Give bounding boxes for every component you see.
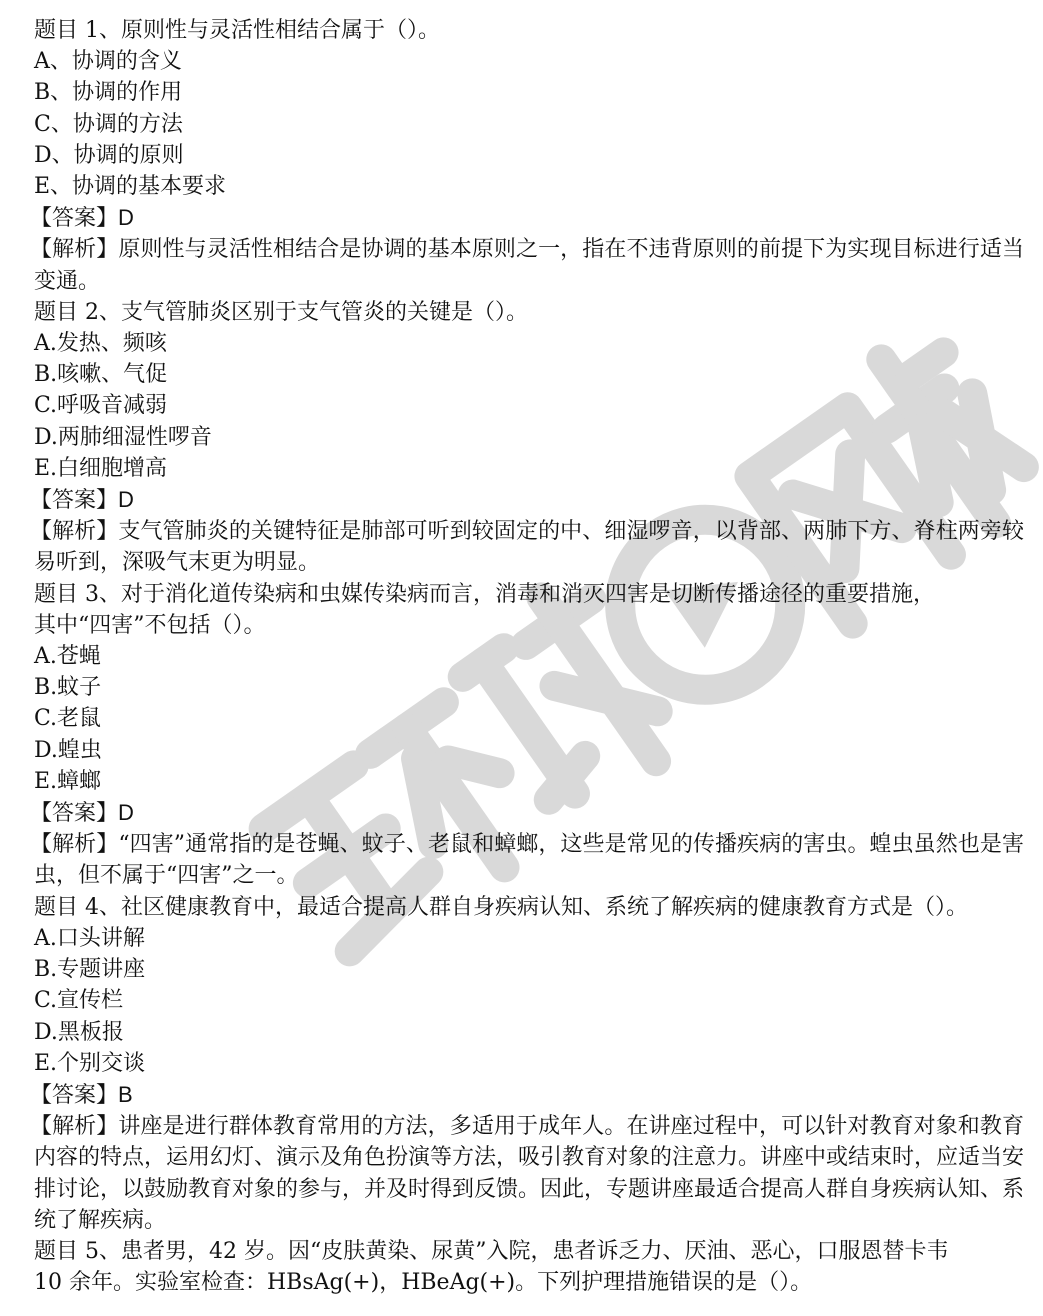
option-b: B、协调的作用 <box>34 77 1024 108</box>
option-b: B.专题讲座 <box>34 954 1024 985</box>
question-title-line-1: 题目 5、患者男，42 岁。因“皮肤黄染、尿黄”入院，患者诉乏力、厌油、恶心，口… <box>34 1236 1024 1267</box>
answer-value: D <box>118 205 134 230</box>
analysis-text: 支气管肺炎的关键特征是肺部可听到较固定的中、细湿啰音，以背部、两肺下方、脊柱两旁… <box>34 519 1024 575</box>
analysis-row: 【解析】讲座是进行群体教育常用的方法，多适用于成年人。在讲座过程中，可以针对教育… <box>34 1111 1024 1236</box>
option-e: E、协调的基本要求 <box>34 171 1024 202</box>
analysis-text: 原则性与灵活性相结合是协调的基本原则之一，指在不违背原则的前提下为实现目标进行适… <box>34 237 1024 293</box>
analysis-label: 【解析】 <box>30 1114 118 1139</box>
option-c: C.呼吸音减弱 <box>34 390 1024 421</box>
analysis-label: 【解析】 <box>30 519 118 544</box>
analysis-text: 讲座是进行群体教育常用的方法，多适用于成年人。在讲座过程中，可以针对教育对象和教… <box>34 1114 1024 1233</box>
question-title: 题目 2、支气管肺炎区别于支气管炎的关键是（）。 <box>34 297 1024 328</box>
option-b: B.咳嗽、气促 <box>34 359 1024 390</box>
answer-label: 【答案】 <box>30 1083 118 1108</box>
document-page: 题目 1、原则性与灵活性相结合属于（）。 A、协调的含义 B、协调的作用 C、协… <box>0 0 1043 1316</box>
option-a: A、协调的含义 <box>34 46 1024 77</box>
analysis-text: “四害”通常指的是苍蝇、蚊子、老鼠和蟑螂，这些是常见的传播疾病的害虫。蝗虫虽然也… <box>34 832 1024 888</box>
question-title-line-1: 题目 3、对于消化道传染病和虫媒传染病而言，消毒和消灭四害是切断传播途径的重要措… <box>34 579 1024 610</box>
option-a: A.发热、频咳 <box>34 328 1024 359</box>
answer-label: 【答案】 <box>30 801 118 826</box>
analysis-row: 【解析】支气管肺炎的关键特征是肺部可听到较固定的中、细湿啰音，以背部、两肺下方、… <box>34 516 1024 578</box>
question-2: 题目 2、支气管肺炎区别于支气管炎的关键是（）。 A.发热、频咳 B.咳嗽、气促… <box>34 297 1024 579</box>
answer-label: 【答案】 <box>30 488 118 513</box>
option-b: B.蚊子 <box>34 672 1024 703</box>
option-e: E.白细胞增高 <box>34 453 1024 484</box>
option-d: D、协调的原则 <box>34 140 1024 171</box>
answer-label: 【答案】 <box>30 206 118 231</box>
option-a: A.苍蝇 <box>34 641 1024 672</box>
question-title-line-2: 10 余年。实验室检查：HBsAg(+)，HBeAg(+)。下列护理措施错误的是… <box>34 1267 1024 1298</box>
question-title-line-2: 其中“四害”不包括（）。 <box>34 610 1024 641</box>
analysis-label: 【解析】 <box>30 832 118 857</box>
option-e: E.个别交谈 <box>34 1048 1024 1079</box>
answer-row: 【答案】B <box>34 1079 1024 1111</box>
question-list: 题目 1、原则性与灵活性相结合属于（）。 A、协调的含义 B、协调的作用 C、协… <box>34 15 1024 1298</box>
answer-value: B <box>118 1082 133 1107</box>
answer-row: 【答案】D <box>34 202 1024 234</box>
answer-row: 【答案】D <box>34 484 1024 516</box>
option-d: D.蝗虫 <box>34 735 1024 766</box>
question-title: 题目 1、原则性与灵活性相结合属于（）。 <box>34 15 1024 46</box>
option-c: C.宣传栏 <box>34 985 1024 1016</box>
question-3: 题目 3、对于消化道传染病和虫媒传染病而言，消毒和消灭四害是切断传播途径的重要措… <box>34 579 1024 892</box>
question-1: 题目 1、原则性与灵活性相结合属于（）。 A、协调的含义 B、协调的作用 C、协… <box>34 15 1024 297</box>
question-4: 题目 4、社区健康教育中，最适合提高人群自身疾病认知、系统了解疾病的健康教育方式… <box>34 892 1024 1236</box>
analysis-row: 【解析】“四害”通常指的是苍蝇、蚊子、老鼠和蟑螂，这些是常见的传播疾病的害虫。蝗… <box>34 829 1024 891</box>
option-d: D.黑板报 <box>34 1017 1024 1048</box>
option-e: E.蟑螂 <box>34 766 1024 797</box>
option-d: D.两肺细湿性啰音 <box>34 422 1024 453</box>
question-title: 题目 4、社区健康教育中，最适合提高人群自身疾病认知、系统了解疾病的健康教育方式… <box>34 892 1024 923</box>
answer-value: D <box>118 800 134 825</box>
option-c: C.老鼠 <box>34 703 1024 734</box>
question-5: 题目 5、患者男，42 岁。因“皮肤黄染、尿黄”入院，患者诉乏力、厌油、恶心，口… <box>34 1236 1024 1298</box>
answer-value: D <box>118 487 134 512</box>
analysis-label: 【解析】 <box>30 237 118 262</box>
option-a: A.口头讲解 <box>34 923 1024 954</box>
analysis-row: 【解析】原则性与灵活性相结合是协调的基本原则之一，指在不违背原则的前提下为实现目… <box>34 234 1024 296</box>
option-c: C、协调的方法 <box>34 109 1024 140</box>
answer-row: 【答案】D <box>34 797 1024 829</box>
